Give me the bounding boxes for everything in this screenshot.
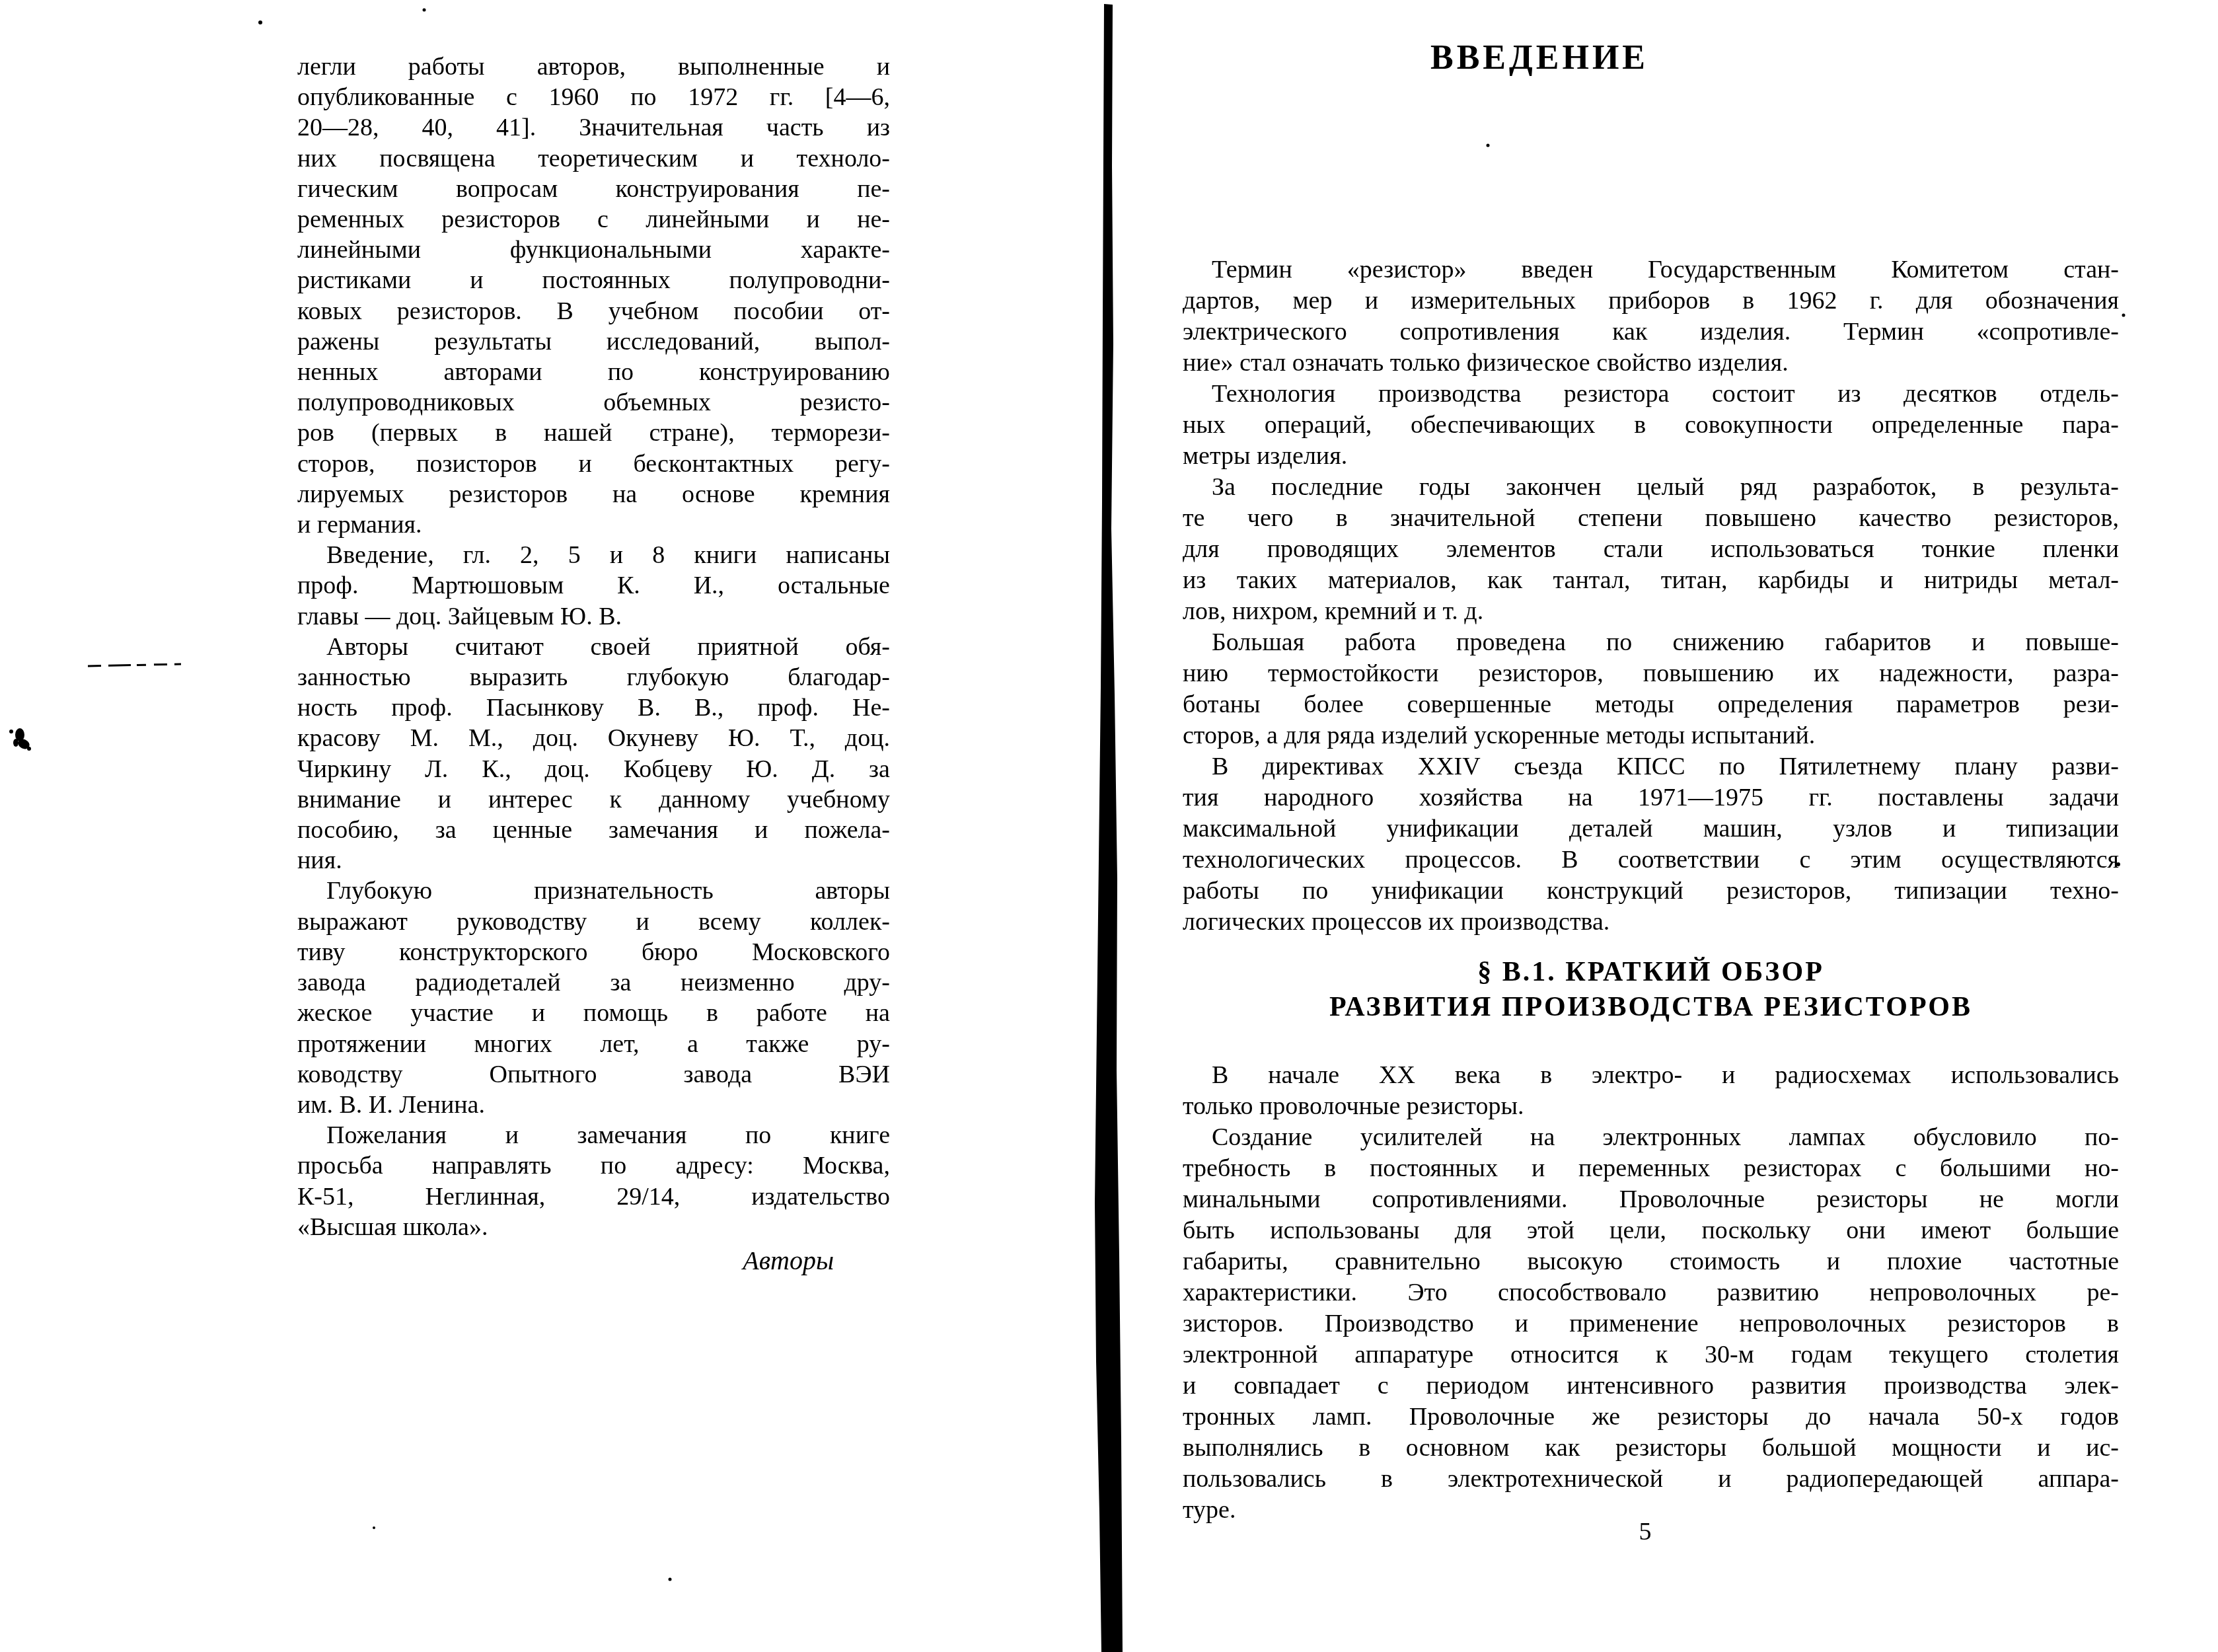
text-line: только проволочные резисторы. (1183, 1091, 2119, 1122)
text-line: ководству Опытного завода ВЭИ (297, 1059, 890, 1090)
text-line: лируемых резисторов на основе кремния (297, 479, 890, 509)
paragraph: За последние годы закончен целый ряд раз… (1183, 472, 2119, 627)
text-line: гическим вопросам конструирования пе- (297, 174, 890, 204)
text-line: проф. Мартюшовым К. И., остальные (297, 570, 890, 601)
text-line: ния. (297, 845, 890, 876)
paragraph: Авторы считают своей приятной обя-заннос… (297, 632, 890, 876)
text-line: жеское участие и помощь в работе на (297, 998, 890, 1028)
text-line: габариты, сравнительно высокую стоимость… (1183, 1246, 2119, 1277)
text-line: В начале XX века в электро- и радиосхема… (1183, 1060, 2119, 1091)
text-line: ние» стал означать только физическое сво… (1183, 348, 2119, 379)
text-line: нию термостойкости резисторов, повышению… (1183, 658, 2119, 689)
text-line: тиву конструкторского бюро Московского (297, 937, 890, 967)
text-line: Авторы считают своей приятной обя- (297, 632, 890, 662)
paragraph: Глубокую признательность авторывыражают … (297, 876, 890, 1120)
text-line: максимальной унификации деталей машин, у… (1183, 813, 2119, 845)
paragraph: Введение, гл. 2, 5 и 8 книги написаныпро… (297, 540, 890, 632)
paragraph: Большая работа проведена по снижению габ… (1183, 627, 2119, 751)
text-line: завода радиодеталей за неизменно дру- (297, 967, 890, 998)
text-line: им. В. И. Ленина. (297, 1090, 890, 1120)
text-line: логических процессов их производства. (1183, 907, 2119, 938)
text-line: быть использованы для этой цели, посколь… (1183, 1215, 2119, 1246)
text-line: и совпадает с периодом интенсивного разв… (1183, 1370, 2119, 1402)
text-line: 20—28, 40, 41]. Значительная часть из (297, 112, 890, 143)
right-page-text-bottom: В начале XX века в электро- и радиосхема… (1183, 1060, 2119, 1526)
text-line: ристиками и постоянных полупроводни- (297, 265, 890, 295)
text-line: электронной аппаратуре относится к 30-м … (1183, 1339, 2119, 1370)
section-heading-line-1: § В.1. КРАТКИЙ ОБЗОР (1183, 955, 2119, 990)
text-line: выполнялись в основном как резисторы бол… (1183, 1433, 2119, 1464)
paragraph: легли работы авторов, выполненные иопубл… (297, 52, 890, 540)
text-line: дартов, мер и измерительных приборов в 1… (1183, 285, 2119, 317)
text-line: ковых резисторов. В учебном пособии от- (297, 296, 890, 326)
section-heading-line-2: РАЗВИТИЯ ПРОИЗВОДСТВА РЕЗИСТОРОВ (1183, 990, 2119, 1025)
text-line: сторов, а для ряда изделий ускоренные ме… (1183, 720, 2119, 751)
text-line: линейными функциональными характе- (297, 235, 890, 265)
right-page-text-top: Термин «резистор» введен Государственным… (1183, 254, 2119, 938)
text-line: ботаны более совершенные методы определе… (1183, 689, 2119, 720)
text-line: пособию, за ценные замечания и пожела- (297, 815, 890, 845)
text-line: За последние годы закончен целый ряд раз… (1183, 472, 2119, 503)
text-line: В директивах XXIV съезда КПСС по Пятилет… (1183, 751, 2119, 782)
text-line: из таких материалов, как тантал, титан, … (1183, 565, 2119, 596)
book-spread: легли работы авторов, выполненные иопубл… (0, 0, 2218, 1652)
text-line: требность в постоянных и переменных рези… (1183, 1153, 2119, 1184)
text-line: и германия. (297, 509, 890, 540)
text-line: технологических процессов. В соответстви… (1183, 845, 2119, 876)
text-line: Введение, гл. 2, 5 и 8 книги написаны (297, 540, 890, 570)
text-line: Чиркину Л. К., доц. Кобцеву Ю. Д. за (297, 754, 890, 784)
text-line: для проводящих элементов стали использов… (1183, 534, 2119, 565)
text-line: тия народного хозяйства на 1971—1975 гг.… (1183, 782, 2119, 813)
text-line: тронных ламп. Проволочные же резисторы д… (1183, 1402, 2119, 1433)
text-line: них посвящена теоретическим и техноло- (297, 143, 890, 174)
text-line: занностью выразить глубокую благодар- (297, 662, 890, 693)
text-line: внимание и интерес к данному учебному (297, 784, 890, 815)
text-line: пользовались в электротехнической и ради… (1183, 1464, 2119, 1495)
text-line: Большая работа проведена по снижению габ… (1183, 627, 2119, 658)
text-line: ненных авторами по конструированию (297, 357, 890, 387)
text-line: ность проф. Пасынкову В. В., проф. Не- (297, 693, 890, 723)
text-line: просьба направлять по адресу: Москва, (297, 1150, 890, 1181)
text-line: ных операций, обеспечивающих в совокупно… (1183, 410, 2119, 441)
text-line: главы — доц. Зайцевым Ю. В. (297, 601, 890, 632)
paragraph: Пожелания и замечания по книгепросьба на… (297, 1120, 890, 1242)
margin-dashed-line (88, 664, 181, 666)
text-line: лов, нихром, кремний и т. д. (1183, 596, 2119, 627)
text-line: метры изделия. (1183, 441, 2119, 472)
text-line: Глубокую признательность авторы (297, 876, 890, 906)
text-line: выражают руководству и всему коллек- (297, 907, 890, 937)
text-line: характеристики. Это способствовало разви… (1183, 1277, 2119, 1308)
section-heading: § В.1. КРАТКИЙ ОБЗОР РАЗВИТИЯ ПРОИЗВОДСТ… (1183, 955, 2119, 1025)
text-line: Создание усилителей на электронных лампа… (1183, 1122, 2119, 1153)
text-line: протяжении многих лет, а также ру- (297, 1029, 890, 1059)
text-line: красову М. М., доц. Окуневу Ю. Т., доц. (297, 723, 890, 753)
text-line: минальными сопротивлениями. Проволочные … (1183, 1184, 2119, 1215)
paragraph: Технология производства резистора состои… (1183, 379, 2119, 472)
chapter-title: ВВЕДЕНИЕ (1183, 38, 1896, 78)
text-line: К-51, Неглинная, 29/14, издательство (297, 1182, 890, 1212)
text-line: Термин «резистор» введен Государственным… (1183, 254, 2119, 285)
book-spine-gutter (1095, 4, 1123, 1652)
text-line: Технология производства резистора состои… (1183, 379, 2119, 410)
authors-signature: Авторы (297, 1245, 834, 1276)
paragraph: В директивах XXIV съезда КПСС по Пятилет… (1183, 751, 2119, 938)
text-line: электрического сопротивления как изделия… (1183, 317, 2119, 348)
text-line: зисторов. Производство и применение непр… (1183, 1308, 2119, 1339)
ink-blot-mark (9, 728, 31, 751)
paragraph: В начале XX века в электро- и радиосхема… (1183, 1060, 2119, 1122)
page-number: 5 (1183, 1517, 2108, 1546)
text-line: «Высшая школа». (297, 1212, 890, 1242)
left-page-text: легли работы авторов, выполненные иопубл… (297, 52, 890, 1242)
paragraph: Создание усилителей на электронных лампа… (1183, 1122, 2119, 1526)
text-line: ров (первых в нашей стране), терморези- (297, 418, 890, 448)
text-line: Пожелания и замечания по книге (297, 1120, 890, 1150)
text-line: легли работы авторов, выполненные и (297, 52, 890, 82)
text-line: ражены результаты исследований, выпол- (297, 326, 890, 357)
text-line: те чего в значительной степени повышено … (1183, 503, 2119, 534)
text-line: полупроводниковых объемных резисто- (297, 387, 890, 418)
text-line: работы по унификации конструкций резисто… (1183, 876, 2119, 907)
text-line: опубликованные с 1960 по 1972 гг. [4—6, (297, 82, 890, 112)
paragraph: Термин «резистор» введен Государственным… (1183, 254, 2119, 379)
text-line: сторов, позисторов и бесконтактных регу- (297, 449, 890, 479)
text-line: ременных резисторов с линейными и не- (297, 204, 890, 235)
